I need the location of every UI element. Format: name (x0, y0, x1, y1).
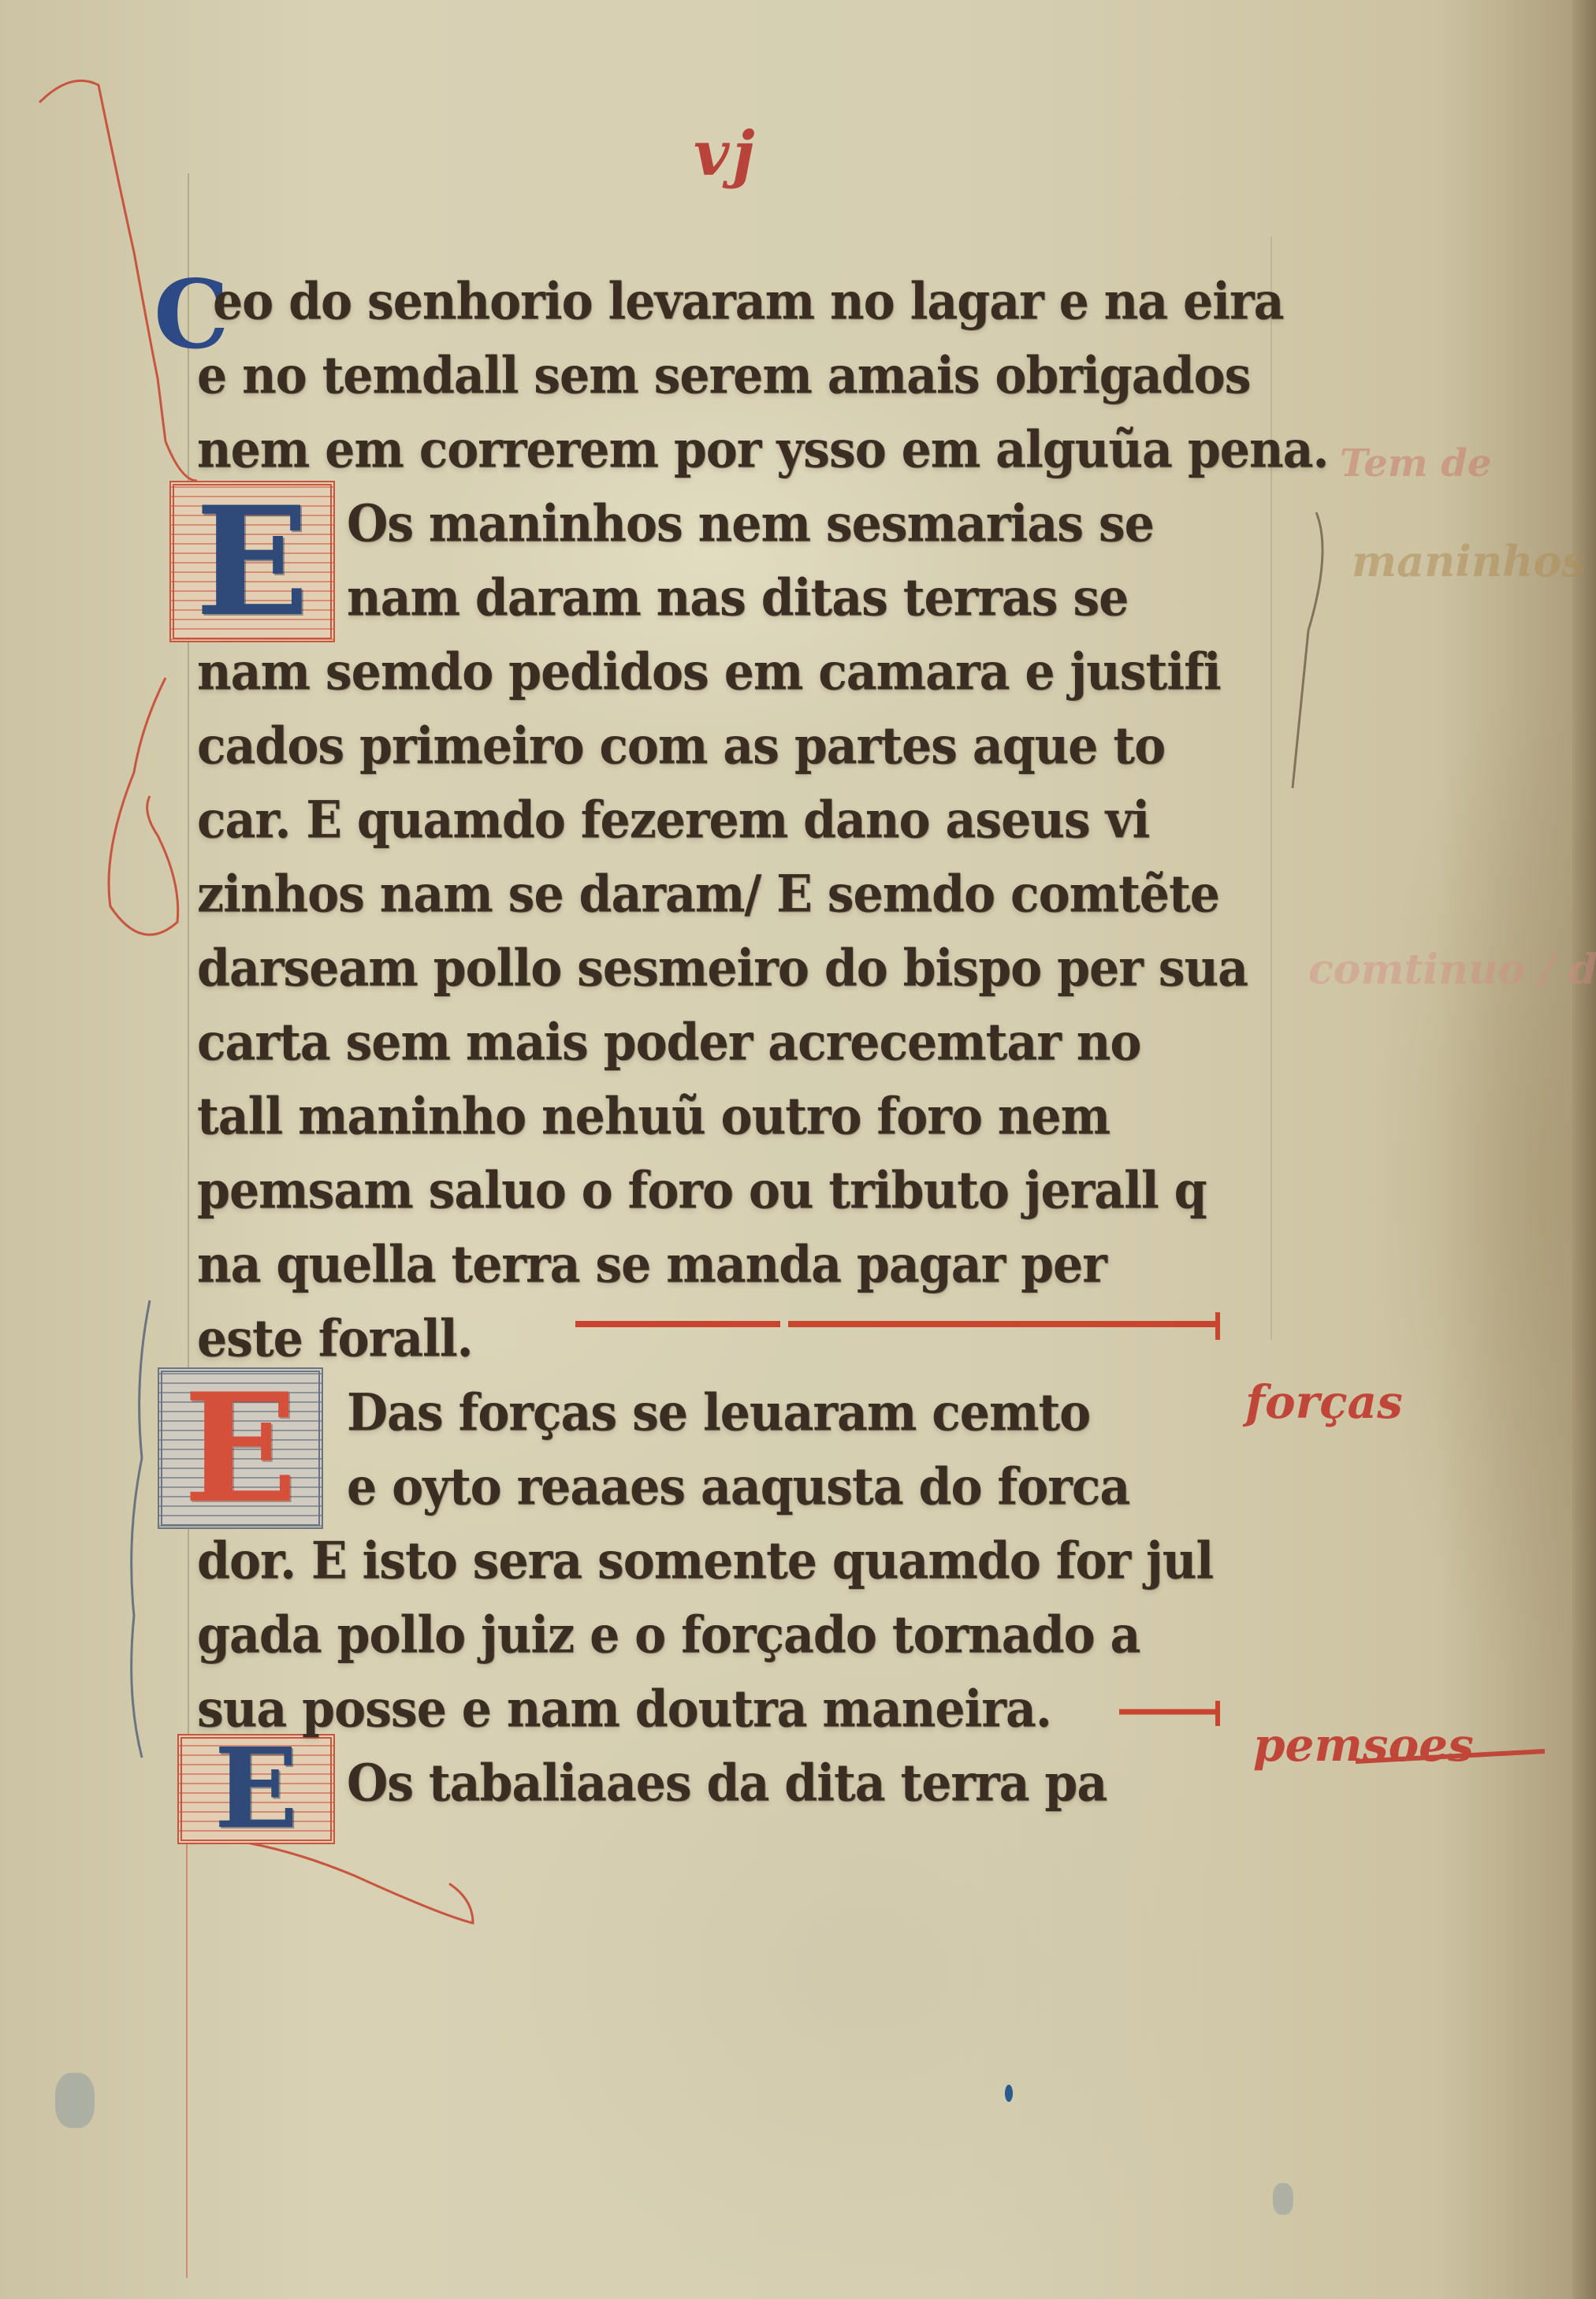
margin-note-pemsoes: pemsoes (1253, 1718, 1474, 1772)
text-line: dor. E isto sera somente quamdo for jul (197, 1531, 1213, 1612)
text-line: na quella terra se manda pagar per (197, 1235, 1107, 1315)
text-line: este forall. (197, 1309, 473, 1389)
folio-number: vj (694, 118, 758, 190)
text-line: e no temdall sem serem amais obrigados (197, 346, 1250, 426)
red-margin-rule (186, 1789, 188, 2278)
margin-note-maninhos: maninhos (1352, 536, 1586, 586)
margin-note-offset: Tem de (1340, 441, 1491, 485)
text-line: nam daram nas ditas terras se (347, 568, 1128, 649)
text-line: Das forças se leuaram cemto (347, 1383, 1090, 1464)
text-line: pemsam saluo o foro ou tributo jerall q (197, 1161, 1207, 1241)
page-edge-shadow (1572, 0, 1596, 2299)
text-line: sua posse e nam doutra maneira. (197, 1680, 1051, 1760)
text-line: nem em correrem por ysso em alguũa pena. (197, 420, 1328, 500)
manuscript-folio: vj C E E E eo do senhorio levaram no lag… (0, 0, 1596, 2299)
margin-note-offset-2: comtinuo / de pe (1308, 946, 1596, 994)
text-line: e oyto reaaes aaqusta do forca (347, 1457, 1129, 1538)
parchment-hole (1273, 2183, 1293, 2215)
text-line: carta sem mais poder acrecemtar no (197, 1013, 1140, 1093)
initial-letter: E (195, 487, 310, 637)
illuminated-initial-1: E (169, 481, 335, 642)
illuminated-initial-2: E (158, 1367, 323, 1529)
text-line: zinhos nam se daram/ E semdo comtẽte (197, 865, 1219, 945)
text-line: Os maninhos nem sesmarias se (347, 494, 1154, 575)
text-line: cados primeiro com as partes aque to (197, 716, 1165, 797)
parchment-hole (55, 2073, 95, 2128)
text-line: nam semdo pedidos em camara e justifi (197, 642, 1221, 723)
text-line: darseam pollo sesmeiro do bispo per sua (197, 939, 1248, 1019)
margin-note-forcas: forças (1245, 1375, 1403, 1429)
initial-letter: E (184, 1374, 298, 1523)
ink-spot (1005, 2085, 1013, 2102)
text-line: car. E quamdo fezerem dano aseus vi (197, 791, 1149, 871)
text-line: eo do senhorio levaram no lagar e na eir… (213, 272, 1283, 352)
text-line: tall maninho nehuũ outro foro nem (197, 1087, 1110, 1167)
text-line: Os tabaliaaes da dita terra pa (347, 1754, 1107, 1834)
text-line: gada pollo juiz e o forçado tornado a (197, 1605, 1140, 1686)
right-ruling-line (1270, 236, 1272, 1340)
